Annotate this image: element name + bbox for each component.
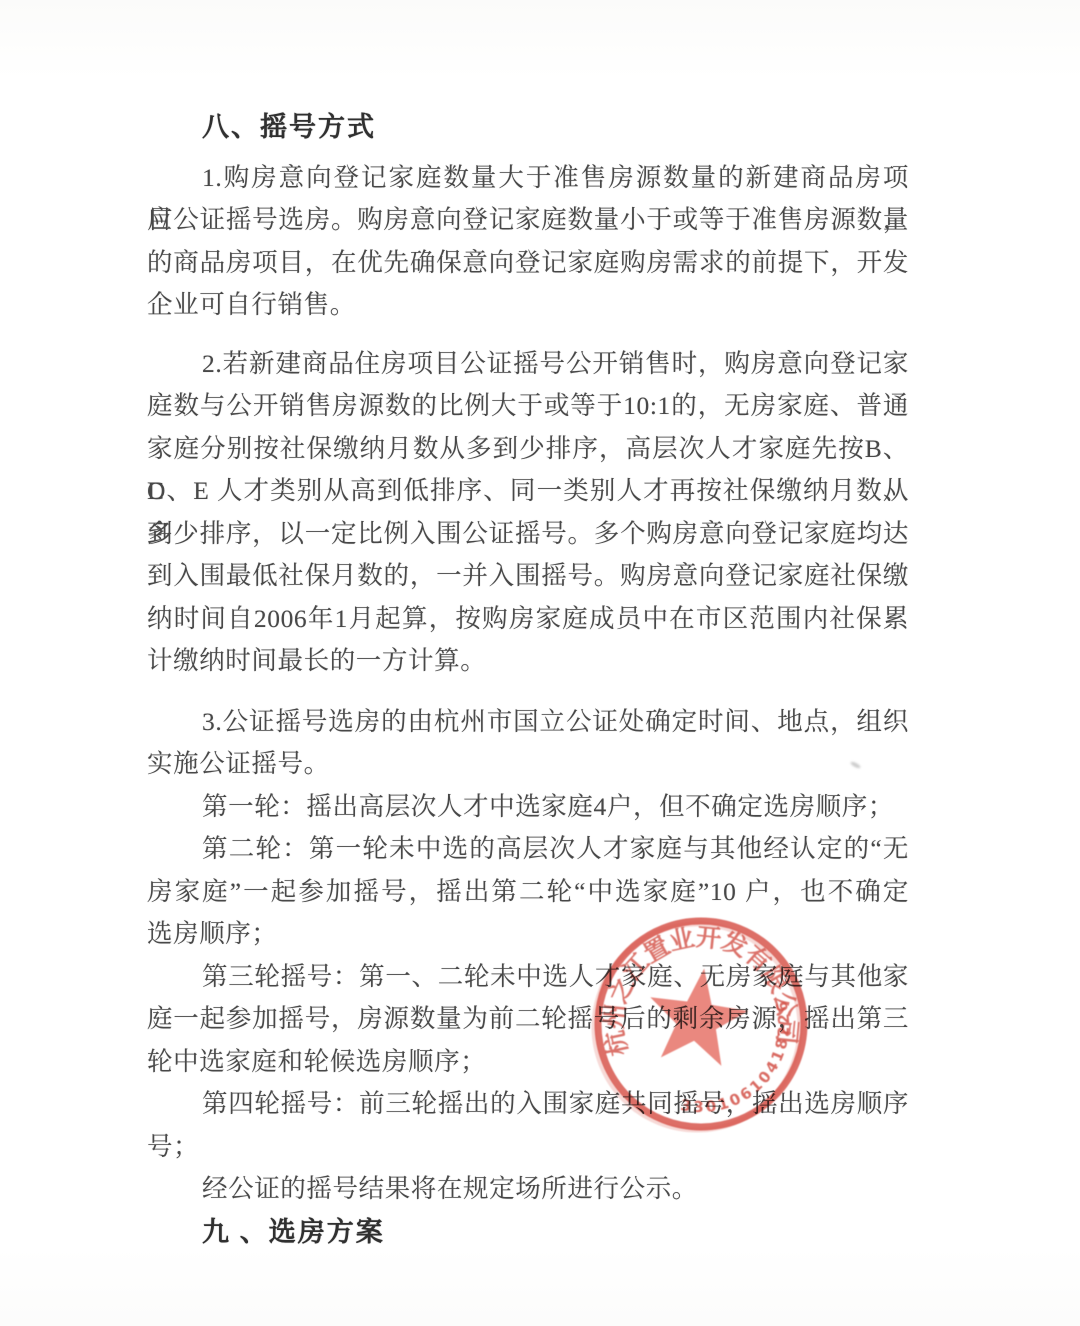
document-line: 的商品房项目，在优先确保意向登记家庭购房需求的前提下，开发 bbox=[147, 242, 909, 285]
document-line: 第四轮摇号：前三轮摇出的入围家庭共同摇号，摇出选房顺序 bbox=[147, 1083, 909, 1126]
document-line: D、E 人才类别从高到低排序、同一类别人才再按社保缴纳月数从多 bbox=[147, 470, 909, 513]
document-line: 第一轮：摇出高层次人才中选家庭4户，但不确定选房顺序； bbox=[147, 786, 909, 829]
document-line: 2.若新建商品住房项目公证摇号公开销售时，购房意向登记家 bbox=[147, 343, 909, 386]
document-line: 1.购房意向登记家庭数量大于准售房源数量的新建商品房项目， bbox=[147, 157, 909, 200]
section-heading: 九 、选房方案 bbox=[147, 1211, 909, 1254]
document-line: 企业可自行销售。 bbox=[147, 284, 909, 327]
document-line: 实施公证摇号。 bbox=[147, 743, 909, 786]
document-line: 到少排序，以一定比例入围公证摇号。多个购房意向登记家庭均达 bbox=[147, 513, 909, 556]
document-line: 号； bbox=[147, 1126, 909, 1169]
document-page: 八、摇号方式1.购房意向登记家庭数量大于准售房源数量的新建商品房项目，应公证摇号… bbox=[0, 0, 1080, 1326]
document-line: 3.公证摇号选房的由杭州市国立公证处确定时间、地点，组织 bbox=[147, 701, 909, 744]
document-line: 第二轮：第一轮未中选的高层次人才家庭与其他经认定的“无 bbox=[147, 828, 909, 871]
document-line: 到入围最低社保月数的，一并入围摇号。购房意向登记家庭社保缴 bbox=[147, 555, 909, 598]
document-line: 家庭分别按社保缴纳月数从多到少排序，高层次人才家庭先按B、C、 bbox=[147, 428, 909, 471]
document-line: 经公证的摇号结果将在规定场所进行公示。 bbox=[147, 1168, 909, 1211]
document-text: 八、摇号方式1.购房意向登记家庭数量大于准售房源数量的新建商品房项目，应公证摇号… bbox=[147, 106, 909, 1253]
document-line: 庭一起参加摇号，房源数量为前二轮摇号后的剩余房源，摇出第三 bbox=[147, 998, 909, 1041]
document-line: 纳时间自2006年1月起算，按购房家庭成员中在市区范围内社保累 bbox=[147, 598, 909, 641]
document-line: 轮中选家庭和轮候选房顺序； bbox=[147, 1041, 909, 1084]
document-line: 计缴纳时间最长的一方计算。 bbox=[147, 640, 909, 683]
document-line: 应公证摇号选房。购房意向登记家庭数量小于或等于准售房源数量 bbox=[147, 199, 909, 242]
document-line: 房家庭”一起参加摇号，摇出第二轮“中选家庭”10 户，也不确定 bbox=[147, 871, 909, 914]
section-heading: 八、摇号方式 bbox=[147, 106, 909, 149]
document-line: 选房顺序； bbox=[147, 913, 909, 956]
document-line: 第三轮摇号：第一、二轮未中选人才家庭、无房家庭与其他家 bbox=[147, 956, 909, 999]
document-line: 庭数与公开销售房源数的比例大于或等于10:1的，无房家庭、普通 bbox=[147, 385, 909, 428]
